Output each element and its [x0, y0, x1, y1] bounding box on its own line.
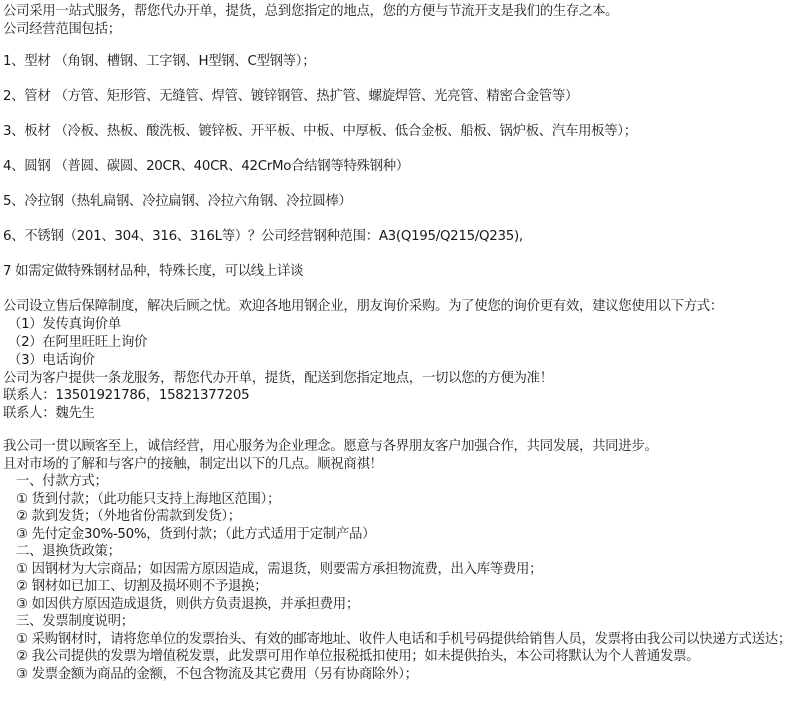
returns-item: ③ 如因供方原因造成退货，则供方负责退换，并承担费用； — [16, 596, 359, 614]
intro-line: 公司采用一站式服务，帮您代办开单，提货，总到您指定的地点，您的方便与节流开支是我… — [3, 3, 618, 21]
policy-intro: 我公司一贯以顾客至上，诚信经营，用心服务为企业理念。愿意与各界朋友客户加强合作，… — [3, 438, 658, 456]
scope-heading: 公司经营范围包括； — [3, 21, 121, 39]
payment-item: ① 货到付款；（此功能只支持上海地区范围）； — [16, 491, 280, 509]
scope-item-cold-drawn: 5、冷拉钢（热轧扁钢、冷拉扁钢、冷拉六角钢、冷拉圆棒） — [3, 193, 352, 211]
payment-item: ③ 先付定金30%-50%，货到付款；（此方式适用于定制产品） — [16, 526, 375, 544]
invoice-item: ③ 发票金额为商品的金额，不包含物流及其它费用（另有协商除外）； — [16, 666, 418, 684]
inquiry-method-wangwang: （2）在阿里旺旺上询价 — [8, 334, 147, 352]
inquiry-method-fax: （1）发传真询价单 — [8, 316, 121, 334]
policy-intro-2: 且对市场的了解和与客户的接触，制定出以下的几点。顺祝商祺！ — [3, 456, 383, 474]
returns-title: 二、退换货政策； — [16, 543, 121, 561]
invoice-title: 三、发票制度说明； — [16, 613, 134, 631]
scope-item-profiles: 1、型材 （角钢、槽钢、工字钢、H型钢、C型钢等）； — [3, 53, 315, 71]
returns-item: ① 因钢材为大宗商品；如因需方原因造成，需退货，则要需方承担物流费，出入库等费用… — [16, 561, 542, 579]
scope-item-pipes: 2、管材 （方管、矩形管、无缝管、焊管、镀锌钢管、热扩管、螺旋焊管、光亮管、精密… — [3, 88, 578, 106]
inquiry-intro: 公司设立售后保障制度，解决后顾之忧。欢迎各地用钢企业，朋友询价采购。为了使您的询… — [3, 298, 723, 316]
service-text: 公司为客户提供一条龙服务，帮您代办开单，提货，配送到您指定地点，一切以您的方便为… — [3, 370, 553, 388]
contact-name: 联系人：魏先生 — [3, 405, 95, 423]
contact-phone: 联系人：13501921786，15821377205 — [3, 387, 249, 405]
payment-title: 一、付款方式； — [16, 473, 108, 491]
scope-item-plates: 3、板材 （冷板、热板、酸洗板、镀锌板、开平板、中板、中厚板、低合金板、船板、锅… — [3, 123, 637, 141]
scope-item-stainless: 6、不锈钢（201、304、316、316L等）？公司经营钢种范围：A3(Q19… — [3, 228, 523, 246]
scope-item-custom: 7 如需定做特殊钢材品种，特殊长度，可以线上详谈 — [3, 263, 303, 281]
scope-item-round-steel: 4、圆钢 （普圆、碳圆、20CR、40CR、42CrMo合结钢等特殊钢种） — [3, 158, 409, 176]
payment-item: ② 款到发货；（外地省份需款到发货）； — [16, 508, 241, 526]
inquiry-method-phone: （3）电话询价 — [8, 352, 95, 370]
invoice-item: ① 采购钢材时，请将您单位的发票抬头、有效的邮寄地址、收件人电话和手机号码提供给… — [16, 631, 791, 649]
invoice-item: ② 我公司提供的发票为增值税发票，此发票可用作单位报税抵扣使用；如未提供抬头，本… — [16, 648, 699, 666]
returns-item: ② 钢材如已加工、切割及损坏则不予退换； — [16, 578, 267, 596]
